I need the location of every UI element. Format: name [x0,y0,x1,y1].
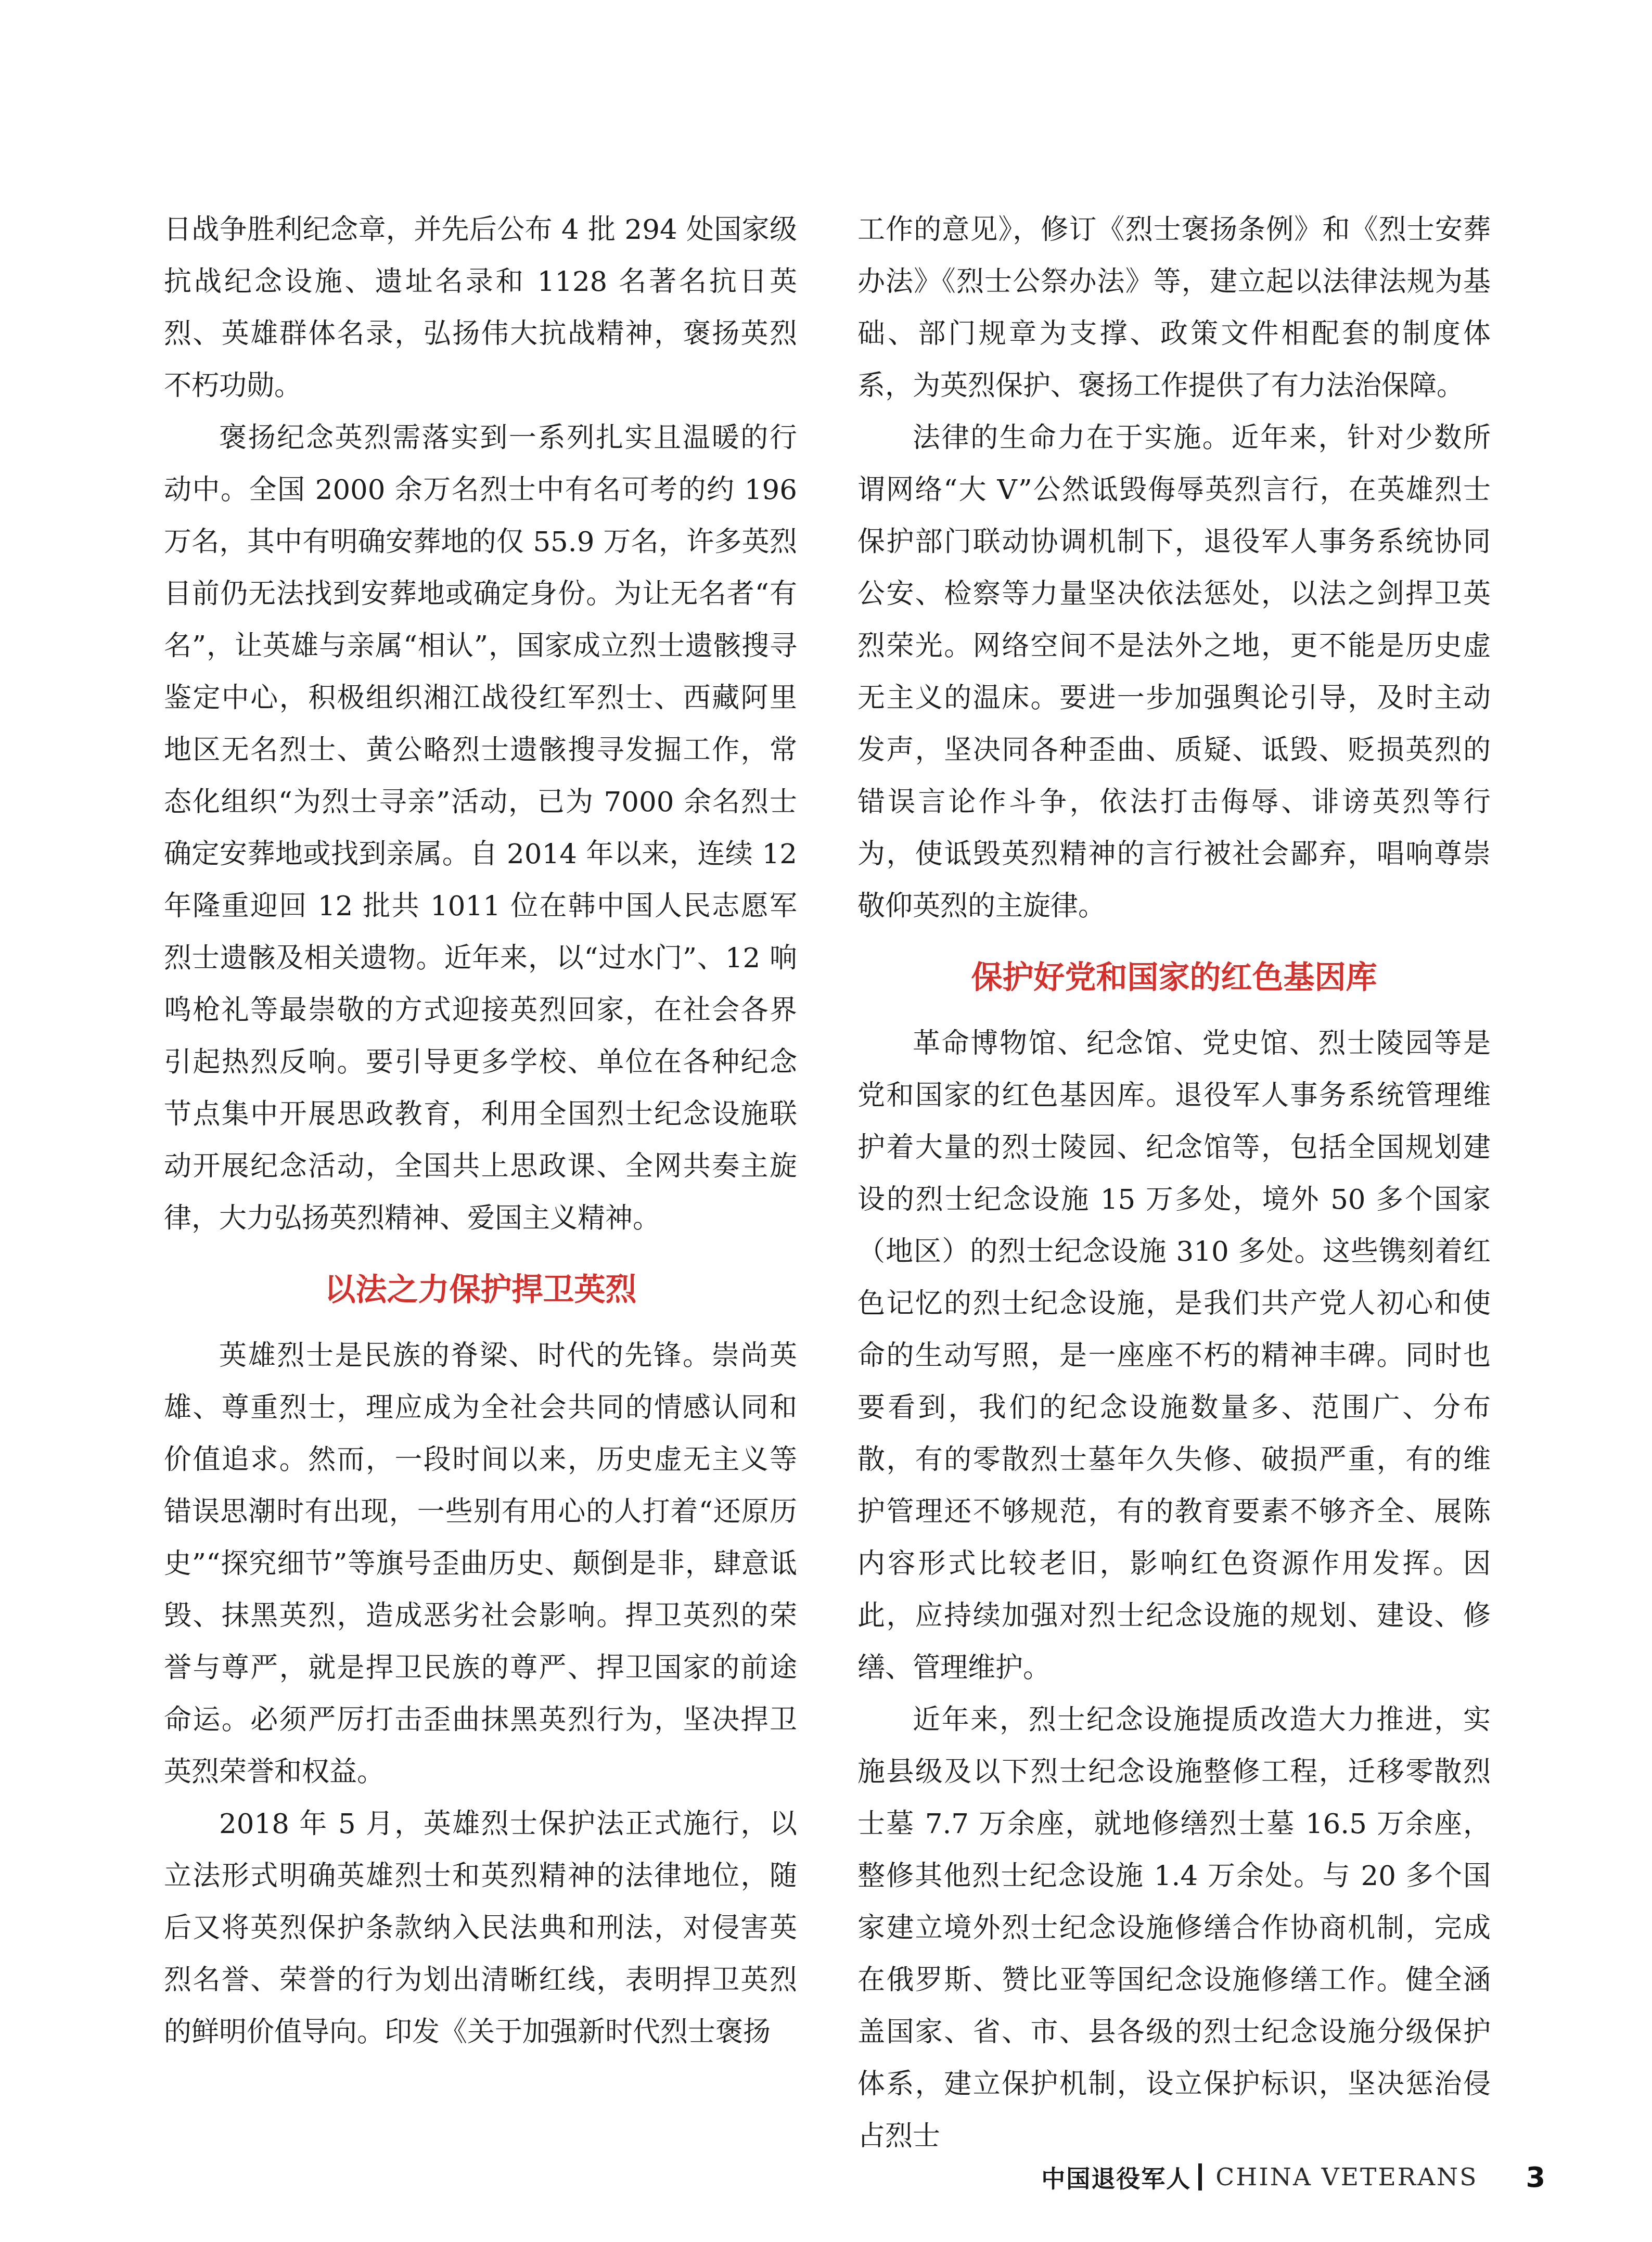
section-heading: 保护好党和国家的红色基因库 [857,958,1491,997]
column-left: 日战争胜利纪念章，并先后公布 4 批 294 处国家级抗战纪念设施、遗址名录和 … [164,204,797,2162]
body-paragraph: 日战争胜利纪念章，并先后公布 4 批 294 处国家级抗战纪念设施、遗址名录和 … [164,204,797,412]
body-paragraph: 英雄烈士是民族的脊梁、时代的先锋。崇尚英雄、尊重烈士，理应成为全社会共同的情感认… [164,1330,797,1798]
magazine-page: 日战争胜利纪念章，并先后公布 4 批 294 处国家级抗战纪念设施、遗址名录和 … [0,0,1652,2242]
body-paragraph: 近年来，烈士纪念设施提质改造大力推进，实施县级及以下烈士纪念设施整修工程，迁移零… [857,1694,1491,2162]
page-footer: 中国退役军人 CHINA VETERANS 3 [1041,2160,1545,2194]
page-number: 3 [1526,2161,1545,2194]
body-paragraph: 法律的生命力在于实施。近年来，针对少数所谓网络“大 V”公然诋毁侮辱英烈言行，在… [857,412,1491,932]
magazine-title-zh: 中国退役军人 [1041,2160,1191,2194]
article-columns: 日战争胜利纪念章，并先后公布 4 批 294 处国家级抗战纪念设施、遗址名录和 … [164,204,1491,2162]
body-paragraph: 2018 年 5 月，英雄烈士保护法正式施行，以立法形式明确英雄烈士和英烈精神的… [164,1798,797,2058]
section-heading: 以法之力保护捍卫英烈 [164,1271,797,1309]
magazine-title-en: CHINA VETERANS [1215,2163,1478,2192]
body-paragraph: 褒扬纪念英烈需落实到一系列扎实且温暖的行动中。全国 2000 余万名烈士中有名可… [164,412,797,1245]
footer-divider [1198,2163,1202,2190]
column-right: 工作的意见》，修订《烈士褒扬条例》和《烈士安葬办法》《烈士公祭办法》等，建立起以… [857,204,1491,2162]
body-paragraph: 工作的意见》，修订《烈士褒扬条例》和《烈士安葬办法》《烈士公祭办法》等，建立起以… [857,204,1491,412]
body-paragraph: 革命博物馆、纪念馆、党史馆、烈士陵园等是党和国家的红色基因库。退役军人事务系统管… [857,1018,1491,1694]
